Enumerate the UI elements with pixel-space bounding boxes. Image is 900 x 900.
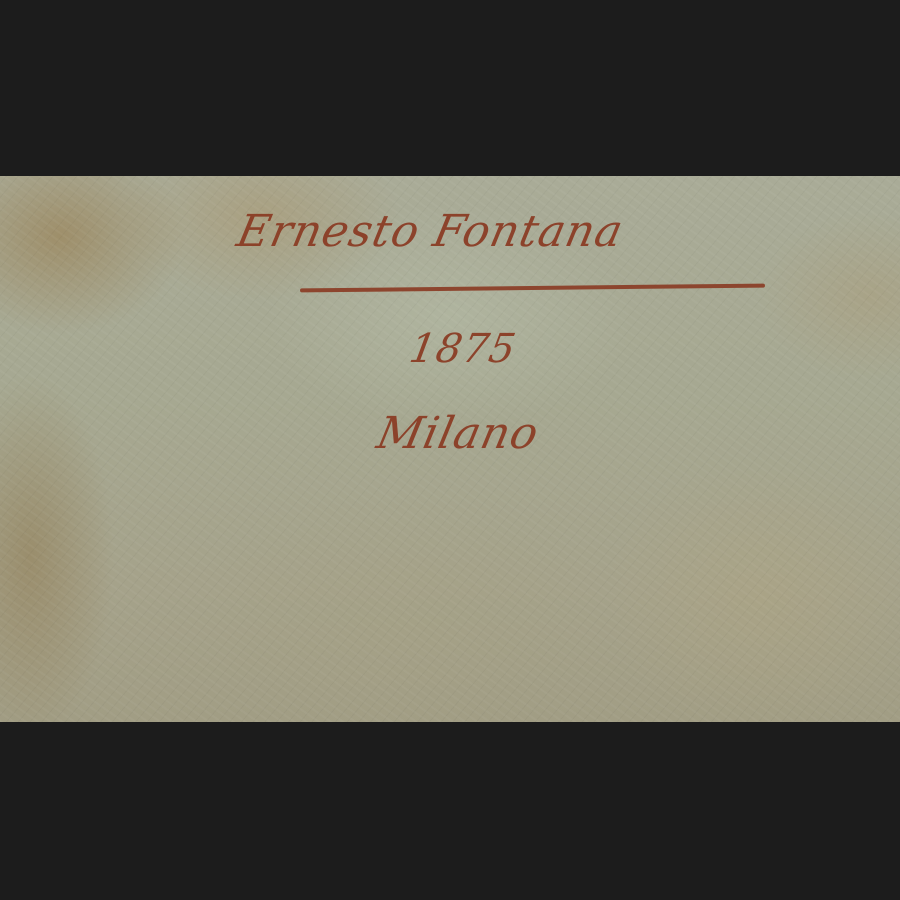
place-text: Milano [373, 408, 544, 459]
signature-text: Ernesto Fontana [233, 206, 629, 257]
year-text: 1875 [406, 326, 520, 372]
painting-canvas: Ernesto Fontana 1875 Milano [0, 176, 900, 722]
